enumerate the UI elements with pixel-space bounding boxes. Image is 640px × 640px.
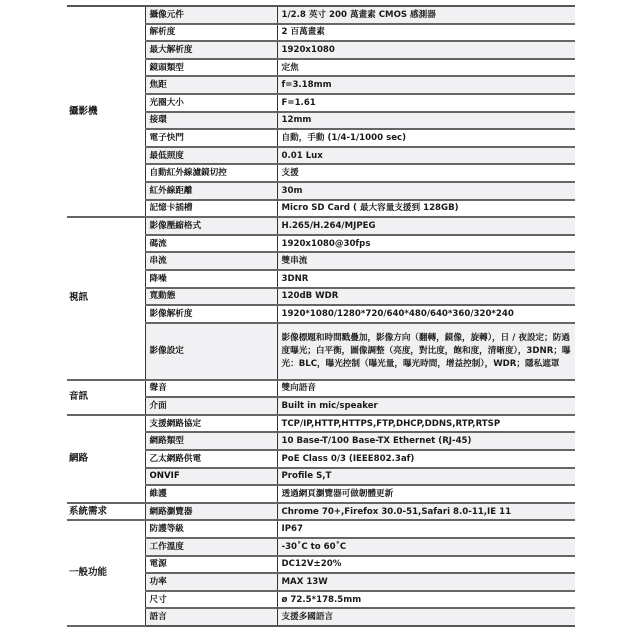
table-row: 系統需求 網路瀏覽器 Chrome 70+,Firefox 30.0-51,Sa… [67, 503, 575, 521]
spec-label: 寬動態 [145, 288, 277, 306]
spec-value: 1920x1080 [277, 41, 575, 59]
spec-label: 碼流 [145, 235, 277, 253]
spec-value: 1920*1080/1280*720/640*480/640*360/320*2… [277, 305, 575, 323]
spec-value: F=1.61 [277, 94, 575, 112]
spec-label: 最低照度 [145, 147, 277, 165]
spec-value: ø 72.5*178.5mm [277, 591, 575, 609]
category-cell: 視訊 [67, 217, 145, 380]
spec-label: 語言 [145, 608, 277, 626]
spec-value: Chrome 70+,Firefox 30.0-51,Safari 8.0-11… [277, 503, 575, 521]
spec-label: 介面 [145, 397, 277, 415]
spec-label: 焦距 [145, 76, 277, 94]
spec-label: 乙太網路供電 [145, 450, 277, 468]
spec-label: 網路瀏覽器 [145, 503, 277, 521]
spec-value: IP67 [277, 520, 575, 538]
spec-value: 雙串流 [277, 252, 575, 270]
spec-label: 支援網路協定 [145, 415, 277, 433]
spec-label: 降噪 [145, 270, 277, 288]
spec-value: 10 Base-T/100 Base-TX Ethernet (RJ-45) [277, 432, 575, 450]
spec-label: 串流 [145, 252, 277, 270]
spec-label: ONVIF [145, 468, 277, 486]
spec-value: 2 百萬畫素 [277, 24, 575, 42]
spec-label: 記憶卡插槽 [145, 200, 277, 218]
spec-value: H.265/H.264/MJPEG [277, 217, 575, 235]
spec-label: 影像壓縮格式 [145, 217, 277, 235]
spec-label: 自動紅外線濾鏡切控 [145, 164, 277, 182]
spec-value: 支援多國語言 [277, 608, 575, 626]
category-cell: 網路 [67, 415, 145, 503]
spec-label: 網路類型 [145, 432, 277, 450]
spec-label: 鏡頭類型 [145, 59, 277, 77]
spec-value: Profile S,T [277, 468, 575, 486]
spec-label: 攝像元件 [145, 6, 277, 24]
spec-value: 影像標題和時間戳疊加，影像方向（翻轉，鏡像，旋轉），日 / 夜設定；防過度曝光；… [277, 323, 575, 380]
spec-value: -30˚C to 60˚C [277, 538, 575, 556]
spec-value: Built in mic/speaker [277, 397, 575, 415]
spec-value: 0.01 Lux [277, 147, 575, 165]
spec-value: 自動，手動 (1/4-1/1000 sec) [277, 129, 575, 147]
spec-table-body: 攝影機 攝像元件 1/2.8 英寸 200 萬畫素 CMOS 感測器 解析度 2… [67, 6, 575, 626]
table-row: 音訊 聲音 雙向語音 [67, 380, 575, 398]
spec-label: 防護等級 [145, 520, 277, 538]
spec-label: 功率 [145, 573, 277, 591]
spec-value: 支援 [277, 164, 575, 182]
category-cell: 音訊 [67, 380, 145, 415]
spec-label: 尺寸 [145, 591, 277, 609]
spec-value: 1920x1080@30fps [277, 235, 575, 253]
table-row: 攝影機 攝像元件 1/2.8 英寸 200 萬畫素 CMOS 感測器 [67, 6, 575, 24]
spec-value: 30m [277, 182, 575, 200]
spec-label: 影像設定 [145, 323, 277, 380]
spec-value: 3DNR [277, 270, 575, 288]
table-row: 一般功能 防護等級 IP67 [67, 520, 575, 538]
spec-label: 影像解析度 [145, 305, 277, 323]
spec-label: 光圈大小 [145, 94, 277, 112]
spec-label: 電源 [145, 556, 277, 574]
spec-label: 解析度 [145, 24, 277, 42]
spec-value: 定焦 [277, 59, 575, 77]
spec-label: 維護 [145, 485, 277, 503]
spec-value: 12mm [277, 112, 575, 130]
category-cell: 系統需求 [67, 503, 145, 521]
spec-value: f=3.18mm [277, 76, 575, 94]
spec-value: 1/2.8 英寸 200 萬畫素 CMOS 感測器 [277, 6, 575, 24]
category-cell: 一般功能 [67, 520, 145, 626]
spec-value: TCP/IP,HTTP,HTTPS,FTP,DHCP,DDNS,RTP,RTSP [277, 415, 575, 433]
spec-table: 攝影機 攝像元件 1/2.8 英寸 200 萬畫素 CMOS 感測器 解析度 2… [67, 5, 575, 627]
table-row: 網路 支援網路協定 TCP/IP,HTTP,HTTPS,FTP,DHCP,DDN… [67, 415, 575, 433]
spec-label: 電子快門 [145, 129, 277, 147]
table-row: 視訊 影像壓縮格式 H.265/H.264/MJPEG [67, 217, 575, 235]
spec-value: Micro SD Card ( 最大容量支援到 128GB) [277, 200, 575, 218]
category-cell: 攝影機 [67, 6, 145, 217]
spec-label: 工作溫度 [145, 538, 277, 556]
spec-value: DC12V±20% [277, 556, 575, 574]
spec-value: PoE Class 0/3 (IEEE802.3af) [277, 450, 575, 468]
spec-value: 120dB WDR [277, 288, 575, 306]
spec-value: MAX 13W [277, 573, 575, 591]
spec-value: 透過網頁瀏覽器可做韌體更新 [277, 485, 575, 503]
spec-label: 最大解析度 [145, 41, 277, 59]
spec-value: 雙向語音 [277, 380, 575, 398]
spec-label: 接環 [145, 112, 277, 130]
spec-label: 聲音 [145, 380, 277, 398]
spec-label: 紅外線距離 [145, 182, 277, 200]
